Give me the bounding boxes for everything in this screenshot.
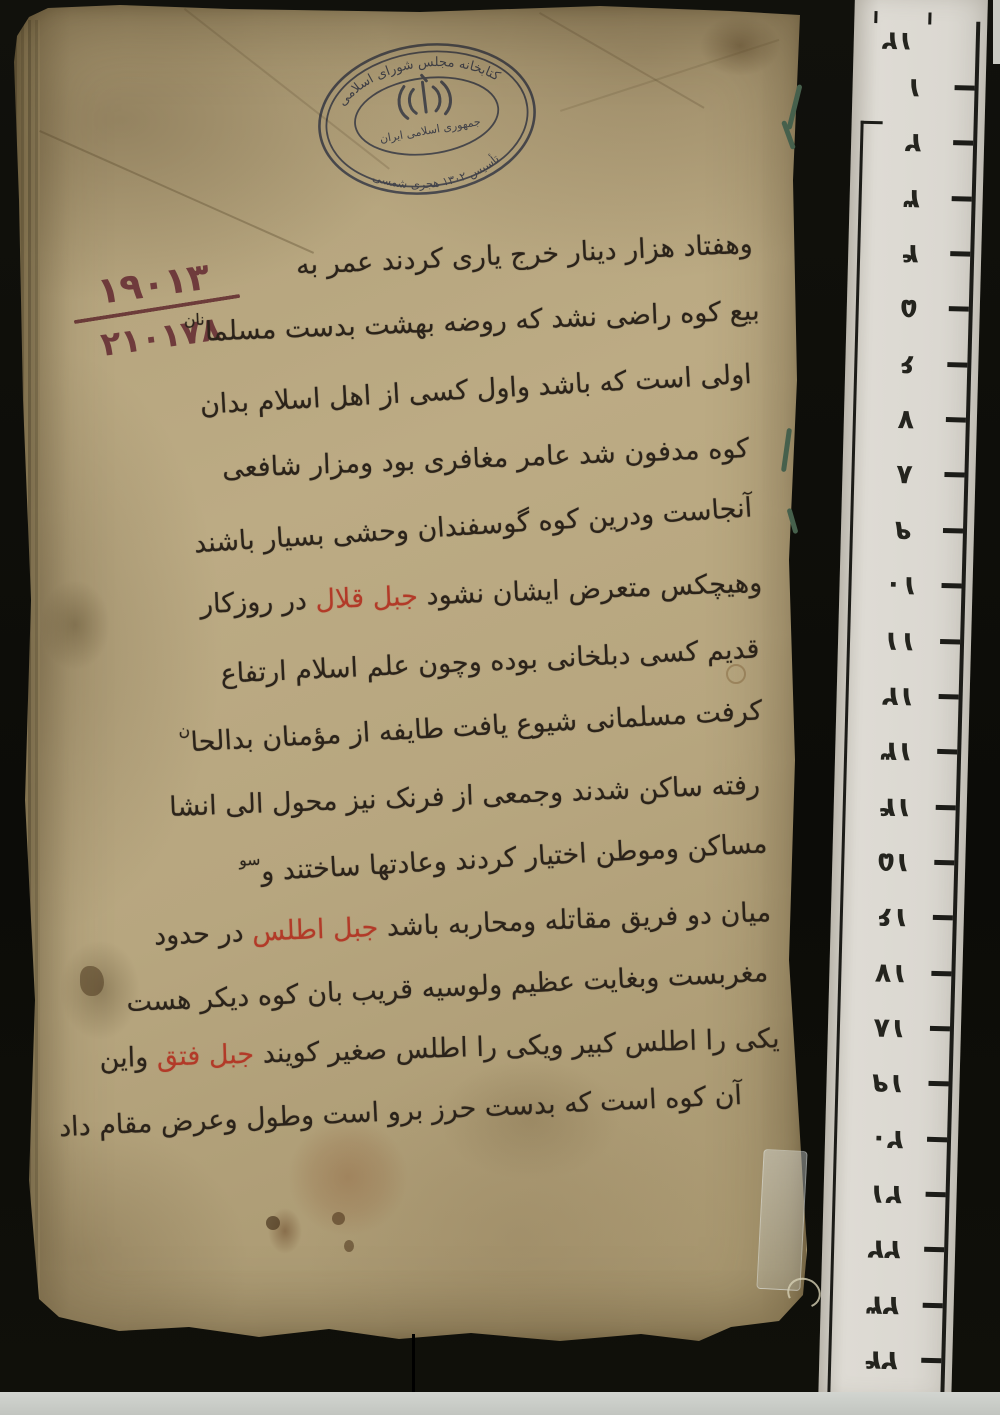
page-vignette [14,4,806,1344]
ruler-number-inverted: ۲۴ [849,1344,914,1377]
ruler-number-inverted: ۲ [881,127,946,160]
ruler-number-inverted: ۶ [875,348,940,381]
ruler-number-inverted: ۲۲ [852,1233,917,1266]
ruler-left-line [827,121,864,1403]
ruler-tick [952,196,972,202]
manuscript-scan-photo: کتابخانه مجلس شورای اسلامی جمهوری اسلامی… [0,0,1000,1415]
ruler-tick [934,860,954,866]
ruler-number-inverted: ۲۱ [853,1178,918,1211]
backdrop-edge-sliver [993,0,1000,64]
ruler-tick [937,749,957,755]
ruler-number-inverted: ۴ [878,237,943,270]
ruler-number-inverted: ۷ [873,403,938,436]
ruler-tick [943,528,963,534]
ruler-tick [944,472,964,478]
ruler-tick [947,362,967,368]
ruler-tick [928,1081,948,1087]
ruler-tick [923,1302,943,1308]
ruler-number-inverted: ۱۲ [859,25,936,57]
ruler-tick [930,1026,950,1032]
scan-bed-strip [0,1392,1000,1415]
ruler-number-inverted: ۱۱ [868,625,933,658]
ruler-number-inverted: ۱۸ [858,1012,923,1045]
ruler-number-inverted: ۸ [872,459,937,492]
ruler-tick [946,417,966,423]
ruler-tick [924,1247,944,1253]
ruler-tick [927,1136,947,1142]
ruler-number-inverted: ۱۹ [856,1067,921,1100]
ruler-number-inverted: ۳ [879,182,944,215]
ruler-number-inverted: ۱۲ [866,680,931,713]
ruler-number-inverted: ۱۶ [860,901,925,934]
centimeter-ruler: ۱۲ ۱۲۳۴۵۶۷۸۹۱۰۱۱۱۲۱۳۱۴۱۵۱۶۱۷۱۸۱۹۲۰۲۱۲۲۲۳… [818,0,988,1406]
ruler-tick [940,638,960,644]
ruler-number-inverted: ۱ [882,71,947,104]
ruler-number-inverted: ۵ [876,293,941,326]
ruler-left-line-cap [861,121,883,125]
ruler-tick [933,915,953,921]
ruler-tick [926,1192,946,1198]
ruler-number-inverted: ۱۴ [863,791,928,824]
ruler-number-inverted: ۹ [871,514,936,547]
ruler-tick [955,85,975,91]
ruler-number-inverted: ۱۳ [865,735,930,768]
clear-tape [756,1149,807,1291]
ruler-number-inverted: ۲۳ [850,1289,915,1322]
ruler-number-inverted: ۱۰ [869,569,934,602]
ruler-top-tick [928,12,931,24]
ruler-tick [941,583,961,589]
ruler-tick [931,970,951,976]
ruler-tick [949,306,969,312]
ruler-number-inverted: ۱۵ [862,846,927,879]
ruler-tick [921,1358,941,1364]
backdrop-seam [412,1334,415,1394]
ruler-number-inverted: ۲۰ [855,1123,920,1156]
ruler-top-tick [874,11,877,23]
ruler-edge-line [940,22,980,1406]
ruler-tick [953,140,973,146]
ruler-number-inverted: ۱۷ [859,957,924,990]
ruler-tick [950,251,970,257]
ruler-tick [939,694,959,700]
ruler-tick [936,804,956,810]
